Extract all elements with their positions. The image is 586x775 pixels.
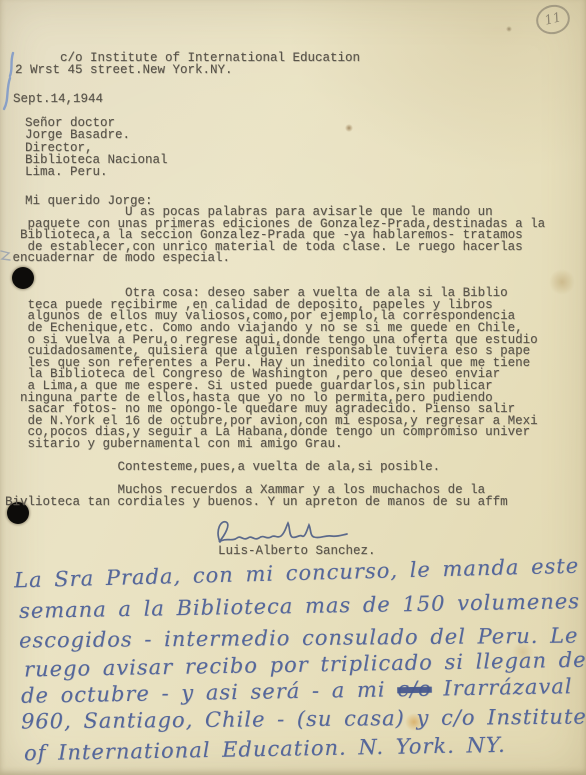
- typed-line: Bivlioteca tan cordiales y buenos. Y un …: [5, 497, 545, 509]
- postscript-line-3: escogidos - intermedio consulado del Per…: [19, 624, 579, 653]
- letter-date: Sept.14,1944: [13, 92, 103, 106]
- letter-body: U as pocas palabras para avisarle que le…: [5, 207, 545, 520]
- postscript-line-5-pre: de octubre - y asi será - a mi: [21, 677, 398, 708]
- typed-line: [5, 265, 545, 277]
- typed-line: sitario y gubernamental con mi amigo Gra…: [5, 439, 545, 451]
- typed-line: 2 Wrst 45 street.New York.NY.: [15, 64, 360, 76]
- return-address: c/o Institute of International Education…: [15, 52, 360, 77]
- postscript-line-5-post: Irarrázaval: [431, 674, 572, 700]
- postscript-line-6: 960, Santiago, Chile - (su casa) y c/o I…: [21, 705, 586, 734]
- page-number-text: 11: [543, 10, 563, 29]
- postscript-line-1: La Sra Prada, con mi concurso, le manda …: [14, 554, 580, 593]
- letter-page: 11 c/o Institute of International Educat…: [0, 0, 586, 775]
- postscript-crossed-out-word: c/o: [397, 677, 432, 702]
- typed-line: Lima. Peru.: [25, 166, 168, 178]
- typed-line: Jorge Basadre.: [25, 129, 168, 141]
- postscript-line-2: semana a la Biblioteca mas de 150 volume…: [19, 589, 580, 623]
- typed-line: encuadernar de modo especial.: [5, 253, 545, 265]
- postscript-line-7: of International Education. N. York. NY.: [24, 733, 506, 765]
- typed-line: Contesteme,pues,a vuelta de ala,si posib…: [5, 462, 545, 474]
- page-number-annotation: 11: [533, 1, 573, 37]
- typed-signature-name: Luis-Alberto Sanchez.: [218, 544, 376, 558]
- recipient-address: Señor doctorJorge Basadre.Director,Bibli…: [25, 117, 168, 178]
